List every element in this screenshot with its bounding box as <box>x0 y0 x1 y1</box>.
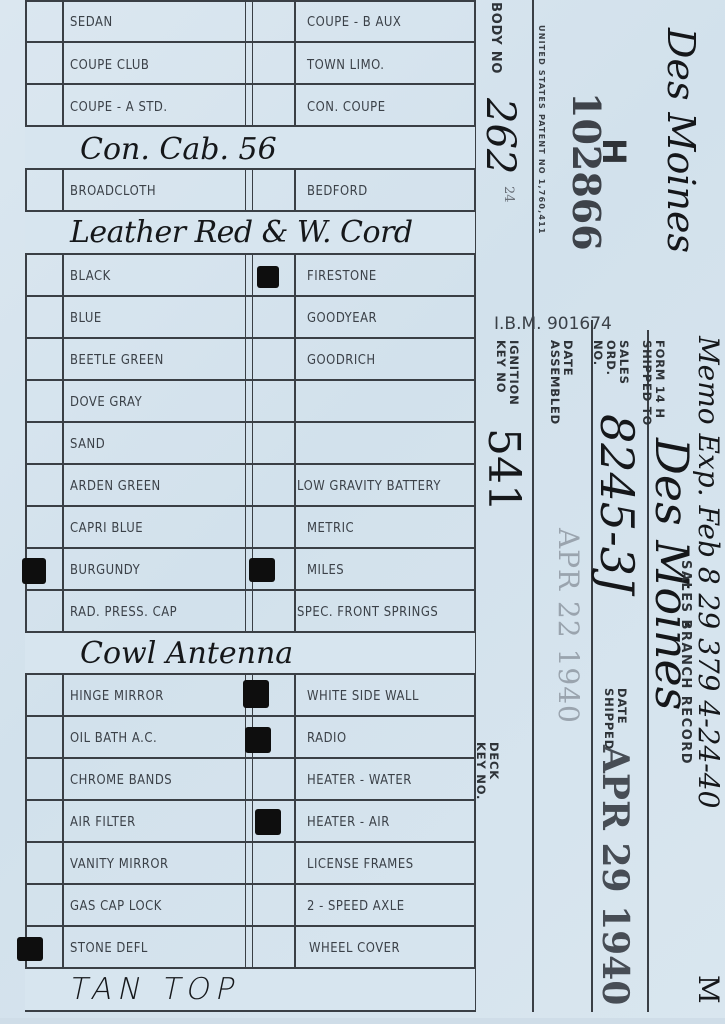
grid-row: ARDEN GREEN LOW GRAVITY BATTERY <box>25 465 475 507</box>
option-right: WHITE SIDE WALL <box>307 690 419 704</box>
grid-row: AIR FILTER HEATER - AIR <box>25 801 475 843</box>
option-left: STONE DEFL <box>70 942 148 956</box>
grid-row: SAND <box>25 423 475 465</box>
option-left: BEETLE GREEN <box>70 354 164 368</box>
deck-key-no-label: DECK KEY NO. <box>474 742 500 802</box>
handwritten-row: Leather Red & W. Cord <box>25 212 475 255</box>
option-left: GAS CAP LOCK <box>70 900 162 914</box>
grid-row: RAD. PRESS. CAP SPEC. FRONT SPRINGS <box>25 591 475 633</box>
option-left: BURGUNDY <box>70 564 140 578</box>
option-left: BROADCLOTH <box>70 185 156 199</box>
option-right: CON. COUPE <box>307 101 386 115</box>
option-left: HINGE MIRROR <box>70 690 164 704</box>
option-right: TOWN LIMO. <box>307 59 385 73</box>
form-number: FORM 14 H <box>654 340 666 419</box>
option-right: RADIO <box>307 732 347 746</box>
grid-row: OIL BATH A.C. RADIO <box>25 717 475 759</box>
grid-row: STONE DEFL WHEEL COVER <box>25 927 475 969</box>
ignition-key-no-value: 541 <box>481 428 525 512</box>
option-left: RAD. PRESS. CAP <box>70 606 177 620</box>
body-no-label: BODY NO <box>489 2 502 74</box>
date-assembled-label: DATE ASSEMBLED <box>548 340 574 420</box>
options-grid: SEDAN COUPE - B AUX COUPE CLUB TOWN LIMO… <box>25 0 475 1012</box>
right-panel-divider-1 <box>532 0 534 1012</box>
grid-row: CHROME BANDS HEATER - WATER <box>25 759 475 801</box>
option-left: DOVE GRAY <box>70 396 142 410</box>
grid-row: VANITY MIRROR LICENSE FRAMES <box>25 843 475 885</box>
check-mark <box>245 727 271 753</box>
option-left: CHROME BANDS <box>70 774 172 788</box>
sales-branch-record-card: SEDAN COUPE - B AUX COUPE CLUB TOWN LIMO… <box>0 0 725 1024</box>
handwritten-row: Con. Cab. 56 <box>25 127 475 170</box>
check-mark <box>243 680 269 708</box>
handwritten-row: TAN TOP <box>25 969 475 1012</box>
grid-row: BLUE GOODYEAR <box>25 297 475 339</box>
option-left: VANITY MIRROR <box>70 858 169 872</box>
option-right: FIRESTONE <box>307 270 377 284</box>
option-left: SEDAN <box>70 16 113 30</box>
handwritten-row: Cowl Antenna <box>25 633 475 675</box>
option-left: SAND <box>70 438 105 452</box>
option-right: MILES <box>307 564 344 578</box>
ignition-key-no-label: IGNITION KEY NO <box>494 340 520 410</box>
margin-note: Des Moines <box>662 28 700 253</box>
form-title: SALES BRANCH RECORD <box>679 560 692 765</box>
option-left: CAPRI BLUE <box>70 522 143 536</box>
handwritten-trim: Leather Red & W. Cord <box>70 218 413 248</box>
option-right: HEATER - WATER <box>307 774 412 788</box>
option-right: WHEEL COVER <box>309 942 400 956</box>
grid-row: BEETLE GREEN GOODRICH <box>25 339 475 381</box>
grid-row: COUPE CLUB TOWN LIMO. <box>25 43 475 85</box>
grid-row: HINGE MIRROR WHITE SIDE WALL <box>25 675 475 717</box>
option-right: 2 - SPEED AXLE <box>307 900 405 914</box>
option-left: ARDEN GREEN <box>70 480 161 494</box>
grid-row: BURGUNDY MILES <box>25 549 475 591</box>
option-right: HEATER - AIR <box>307 816 390 830</box>
check-mark <box>257 266 279 288</box>
body-no-small-value: 24 <box>502 186 515 203</box>
handwritten-top-note: TAN TOP <box>67 975 244 1005</box>
handwritten-accessory: Cowl Antenna <box>80 639 293 669</box>
option-left: AIR FILTER <box>70 816 136 830</box>
option-right: METRIC <box>307 522 354 536</box>
ibm-number: I.B.M. 901674 <box>494 314 612 334</box>
check-mark <box>17 937 43 961</box>
handwritten-body-style: Con. Cab. 56 <box>80 135 277 165</box>
option-left: COUPE - A STD. <box>70 101 168 115</box>
option-right: SPEC. FRONT SPRINGS <box>297 606 438 620</box>
option-left: BLUE <box>70 312 102 326</box>
grid-row: SEDAN COUPE - B AUX <box>25 0 475 43</box>
option-left: COUPE CLUB <box>70 59 149 73</box>
grid-row: GAS CAP LOCK 2 - SPEED AXLE <box>25 885 475 927</box>
grid-row: DOVE GRAY <box>25 381 475 423</box>
option-right: BEDFORD <box>307 185 368 199</box>
grid-row: BLACK FIRESTONE <box>25 255 475 297</box>
check-mark <box>255 809 281 835</box>
memo-note: Memo Exp. Feb 8 29 379 4-24-40 <box>694 336 722 808</box>
serial-prefix: H <box>598 138 630 165</box>
option-right: COUPE - B AUX <box>307 16 401 30</box>
date-shipped-value: APR 29 1940 <box>597 745 633 1005</box>
check-mark <box>22 558 46 584</box>
option-left: OIL BATH A.C. <box>70 732 157 746</box>
grid-row: CAPRI BLUE METRIC <box>25 507 475 549</box>
sales-ord-no-label: SALES ORD. NO. <box>591 340 630 400</box>
grid-row: COUPE - A STD. CON. COUPE <box>25 85 475 127</box>
option-right: LOW GRAVITY BATTERY <box>297 480 441 494</box>
serial-number: 102866 <box>567 92 605 251</box>
patent-text: UNITED STATES PATENT NO 1,760,411 <box>537 25 545 235</box>
option-left: BLACK <box>70 270 111 284</box>
corner-mark: M <box>694 975 722 1004</box>
check-mark <box>249 558 275 582</box>
option-right: GOODRICH <box>307 354 376 368</box>
sales-ord-no-value: 8245-3J <box>594 414 640 594</box>
option-right: GOODYEAR <box>307 312 377 326</box>
option-right: LICENSE FRAMES <box>307 858 414 872</box>
card-bottom-edge <box>0 1018 725 1024</box>
date-assembled-value: APR 22 1940 <box>554 528 582 724</box>
grid-row: BROADCLOTH BEDFORD <box>25 170 475 212</box>
body-no-value: 262 <box>480 98 520 174</box>
